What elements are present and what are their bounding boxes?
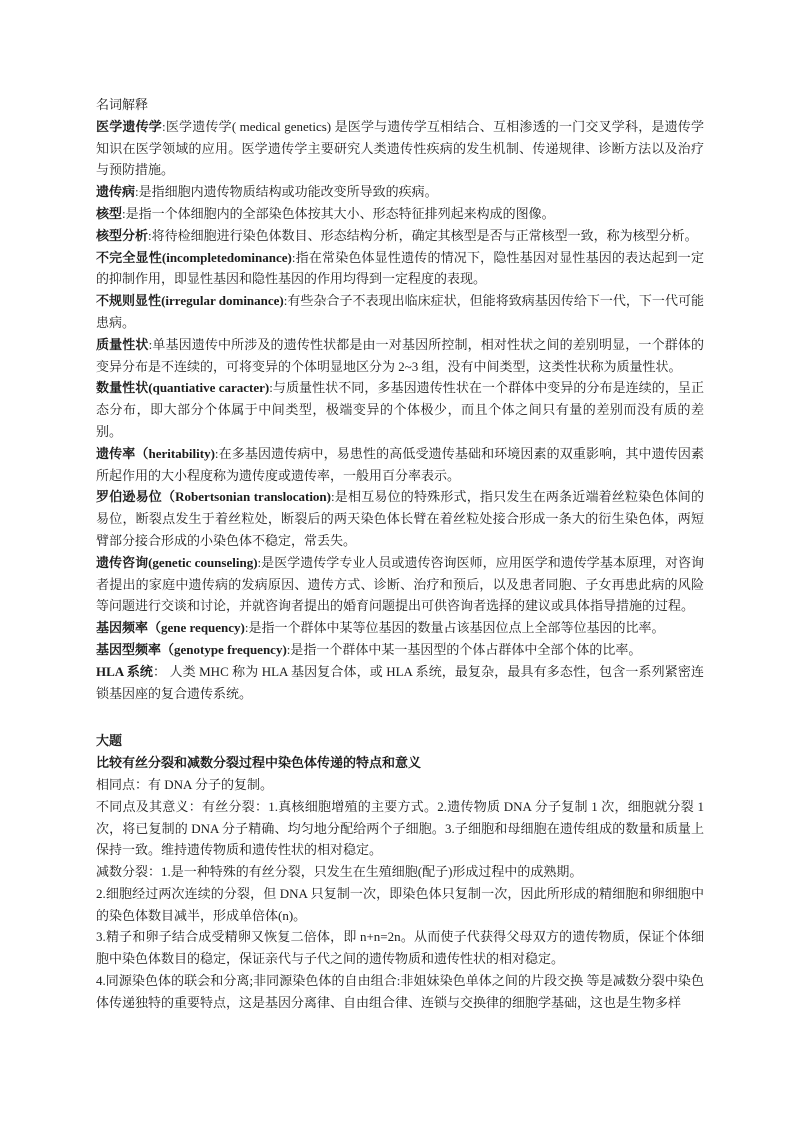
- definition-item: 罗伯逊易位（Robertsonian translocation):是相互易位的…: [96, 486, 704, 551]
- essay-paragraph: 减数分裂：1.是一种特殊的有丝分裂，只发生在生殖细胞(配子)形成过程中的成熟期。: [96, 861, 704, 883]
- essay-paragraph: 2.细胞经过两次连续的分裂，但 DNA 只复制一次，即染色体只复制一次，因此所形…: [96, 883, 704, 927]
- definition-item: 核型分析:将待检细胞进行染色体数目、形态结构分析，确定其核型是否与正常核型一致，…: [96, 225, 704, 247]
- document-page: 名词解释 医学遗传学:医学遗传学( medical genetics) 是医学与…: [0, 0, 793, 1122]
- definition-text: :是指一个群体中某一基因型的个体占群体中全部个体的比率。: [287, 642, 642, 657]
- definition-text: :是指一个群体中某等位基因的数量占该基因位点上全部等位基因的比率。: [245, 620, 665, 635]
- definition-term: 核型: [96, 206, 122, 221]
- definition-term: HLA 系统: [96, 664, 153, 679]
- definition-term: 不完全显性(incompletedominance): [96, 250, 292, 265]
- definition-text: :医学遗传学( medical genetics) 是医学与遗传学互相结合、互相…: [96, 119, 704, 178]
- definition-text: :是指细胞内遗传物质结构或功能改变所导致的疾病。: [135, 184, 438, 199]
- essay-answer: 相同点：有 DNA 分子的复制。 不同点及其意义：有丝分裂：1.真核细胞增殖的主…: [96, 774, 704, 1014]
- definition-term: 罗伯逊易位（Robertsonian translocation): [96, 489, 331, 504]
- definitions-list: 医学遗传学:医学遗传学( medical genetics) 是医学与遗传学互相…: [96, 116, 704, 705]
- definition-term: 质量性状: [96, 337, 149, 352]
- definition-term: 数量性状(quantiative caracter): [96, 380, 269, 395]
- essay-paragraph: 相同点：有 DNA 分子的复制。: [96, 774, 704, 796]
- definition-item: HLA 系统： 人类 MHC 称为 HLA 基因复合体，或 HLA 系统，最复杂…: [96, 661, 704, 705]
- essay-paragraph: 4.同源染色体的联会和分离;非同源染色体的自由组合:非姐妹染色单体之间的片段交换…: [96, 970, 704, 1014]
- definition-item: 数量性状(quantiative caracter):与质量性状不同，多基因遗传…: [96, 377, 704, 442]
- definition-item: 基因型频率（genotype frequency):是指一个群体中某一基因型的个…: [96, 639, 704, 661]
- essay-paragraph: 3.精子和卵子结合成受精卵又恢复二倍体，即 n+n=2n。从而使子代获得父母双方…: [96, 926, 704, 970]
- definition-text: ： 人类 MHC 称为 HLA 基因复合体，或 HLA 系统，最复杂，最具有多态…: [96, 664, 704, 701]
- definition-item: 不完全显性(incompletedominance):指在常染色体显性遗传的情况…: [96, 247, 704, 291]
- definition-item: 医学遗传学:医学遗传学( medical genetics) 是医学与遗传学互相…: [96, 116, 704, 181]
- definition-item: 核型:是指一个体细胞内的全部染色体按其大小、形态特征排列起来构成的图像。: [96, 203, 704, 225]
- definition-text: :单基因遗传中所涉及的遗传性状都是由一对基因所控制，相对性状之间的差别明显，一个…: [96, 337, 704, 374]
- definition-term: 不规则显性(irregular dominance): [96, 293, 284, 308]
- definition-term: 遗传病: [96, 184, 135, 199]
- definition-term: 基因频率（gene requency): [96, 620, 245, 635]
- definition-item: 遗传率（heritability):在多基因遗传病中，易患性的高低受遗传基础和环…: [96, 443, 704, 487]
- terms-section-title: 名词解释: [96, 94, 704, 116]
- definition-text: :将待检细胞进行染色体数目、形态结构分析，确定其核型是否与正常核型一致，称为核型…: [148, 228, 698, 243]
- definition-term: 遗传咨询(genetic counseling): [96, 555, 258, 570]
- definition-item: 不规则显性(irregular dominance):有些杂合子不表现出临床症状…: [96, 290, 704, 334]
- definition-item: 遗传咨询(genetic counseling):是医学遗传学专业人员或遗传咨询…: [96, 552, 704, 617]
- definition-term: 医学遗传学: [96, 119, 162, 134]
- definition-term: 核型分析: [96, 228, 148, 243]
- definition-text: :是指一个体细胞内的全部染色体按其大小、形态特征排列起来构成的图像。: [122, 206, 555, 221]
- definition-item: 质量性状:单基因遗传中所涉及的遗传性状都是由一对基因所控制，相对性状之间的差别明…: [96, 334, 704, 378]
- definition-item: 基因频率（gene requency):是指一个群体中某等位基因的数量占该基因位…: [96, 617, 704, 639]
- definition-term: 基因型频率（genotype frequency): [96, 642, 287, 657]
- essay-paragraph: 不同点及其意义：有丝分裂：1.真核细胞增殖的主要方式。2.遗传物质 DNA 分子…: [96, 796, 704, 861]
- essay-section-title: 大题: [96, 730, 704, 752]
- definition-term: 遗传率（heritability): [96, 446, 215, 461]
- definition-item: 遗传病:是指细胞内遗传物质结构或功能改变所导致的疾病。: [96, 181, 704, 203]
- essay-question-heading: 比较有丝分裂和减数分裂过程中染色体传递的特点和意义: [96, 752, 704, 774]
